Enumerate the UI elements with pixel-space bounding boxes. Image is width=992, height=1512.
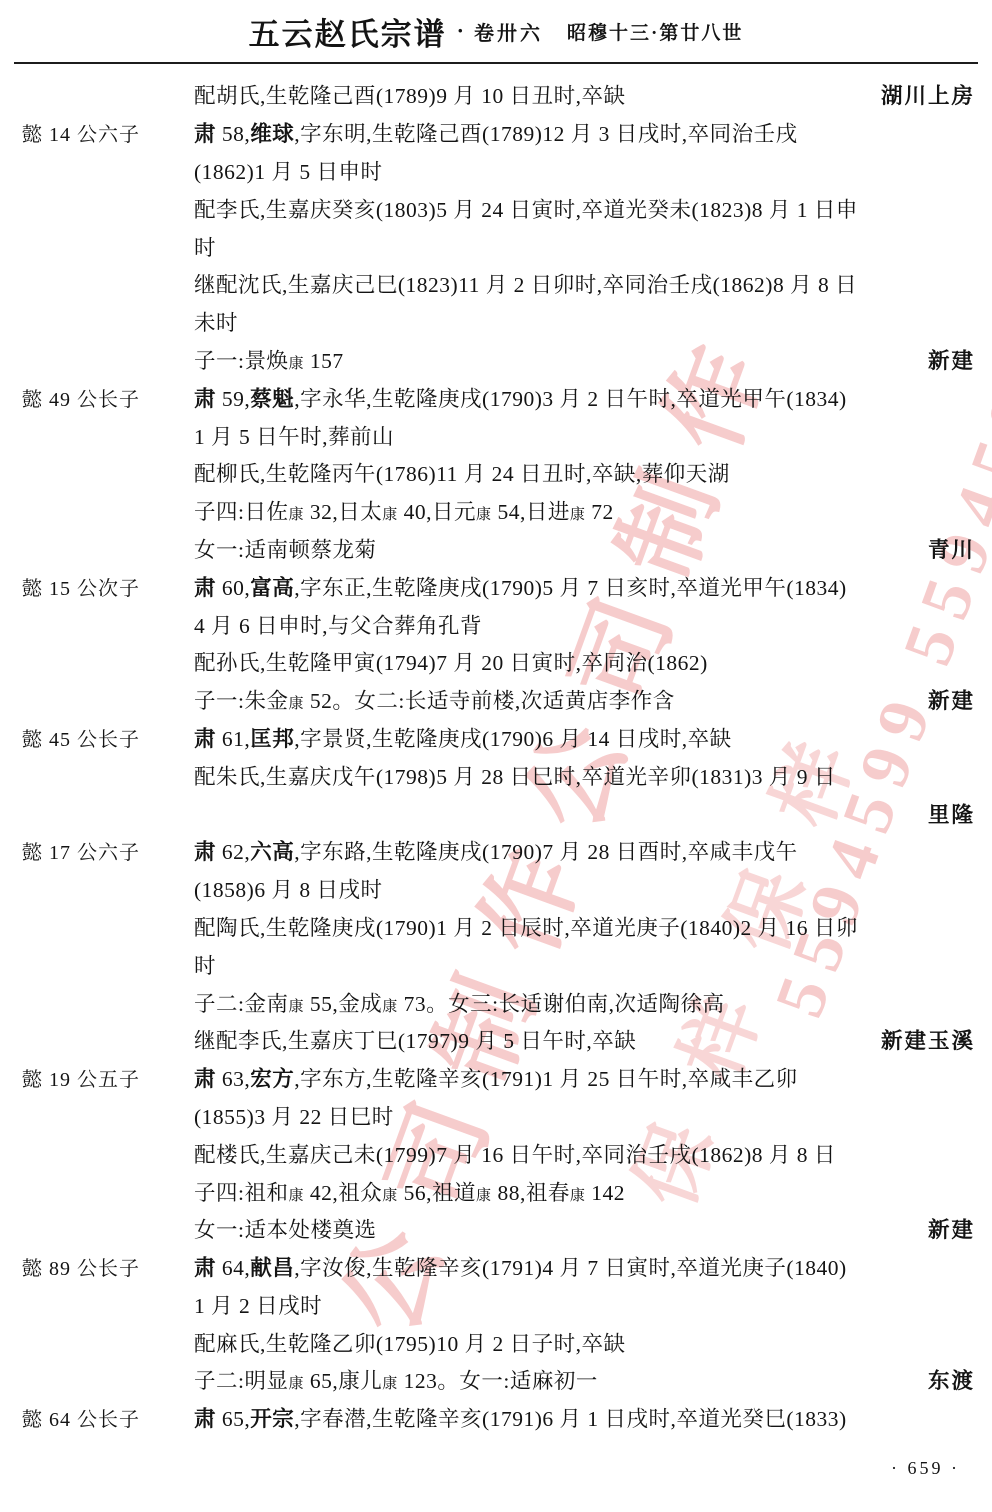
entry-text: 肃 65,开宗,字春潜,生乾隆辛亥(1791)6 月 1 日戌时,卒道光癸巳(1… bbox=[194, 1402, 847, 1433]
entry-text: 时 bbox=[194, 949, 216, 980]
entry-text: 肃 62,六高,字东路,生乾隆庚戌(1790)7 月 28 日酉时,卒咸丰戊午 bbox=[194, 835, 798, 866]
place-annotation: 东渡 bbox=[928, 1364, 992, 1395]
entry-line: 懿 19 公五子肃 63,宏方,字东方,生乾隆辛亥(1791)1 月 25 日午… bbox=[0, 1059, 992, 1097]
entry-line: 子二:明显康 65,康儿康 123。女一:适麻初一东渡 bbox=[0, 1361, 992, 1399]
entry-text: 子二:明显康 65,康儿康 123。女一:适麻初一 bbox=[194, 1364, 598, 1395]
entry-text: 继配沈氏,生嘉庆己巳(1823)11 月 2 日卯时,卒同治壬戌(1862)8 … bbox=[194, 268, 857, 299]
page-header: 五云赵氏宗谱 · 卷卅六 昭穆十三·第廿八世 bbox=[14, 0, 978, 64]
entry-text: 子四:祖和康 42,祖众康 56,祖道康 88,祖春康 142 bbox=[194, 1176, 625, 1207]
entry-line: 继配沈氏,生嘉庆己巳(1823)11 月 2 日卯时,卒同治壬戌(1862)8 … bbox=[0, 265, 992, 303]
entry-line: 时 bbox=[0, 227, 992, 265]
place-annotation: 新建 bbox=[928, 344, 992, 375]
entry-line: 1 月 2 日戌时 bbox=[0, 1286, 992, 1324]
entry-line: 4 月 6 日申时,与父合葬角孔背 bbox=[0, 605, 992, 643]
entry-line: 女一:适本处楼奠选新建 bbox=[0, 1210, 992, 1248]
entry-text: 女一:适本处楼奠选 bbox=[194, 1213, 376, 1244]
generation-label: 懿 17 公六子 bbox=[0, 836, 194, 865]
entry-line: 懿 64 公长子肃 65,开宗,字春潜,生乾隆辛亥(1791)6 月 1 日戌时… bbox=[0, 1399, 992, 1437]
entry-text: 肃 64,献昌,字汝俊,生乾隆辛亥(1791)4 月 7 日寅时,卒道光庚子(1… bbox=[194, 1251, 847, 1282]
entry-text: 配胡氏,生乾隆己酉(1789)9 月 10 日丑时,卒缺 bbox=[194, 79, 625, 110]
entry-line: 未时 bbox=[0, 303, 992, 341]
page-title: 五云赵氏宗谱 bbox=[249, 9, 447, 54]
entry-line: 继配李氏,生嘉庆丁巳(1797)9 月 5 日午时,卒缺新建玉溪 bbox=[0, 1021, 992, 1059]
entry-text: (1855)3 月 22 日巳时 bbox=[194, 1100, 394, 1131]
entry-line: 子四:祖和康 42,祖众康 56,祖道康 88,祖春康 142 bbox=[0, 1172, 992, 1210]
entry-text: 肃 63,宏方,字东方,生乾隆辛亥(1791)1 月 25 日午时,卒咸丰乙卯 bbox=[194, 1062, 798, 1093]
entry-line: 懿 49 公长子肃 59,蔡魁,字永华,生乾隆庚戌(1790)3 月 2 日午时… bbox=[0, 378, 992, 416]
entry-text: 肃 59,蔡魁,字永华,生乾隆庚戌(1790)3 月 2 日午时,卒道光甲午(1… bbox=[194, 382, 847, 413]
entry-line: 女一:适南顿蔡龙菊青川 bbox=[0, 530, 992, 568]
entry-line: 1 月 5 日午时,葬前山 bbox=[0, 416, 992, 454]
entry-line: 时 bbox=[0, 945, 992, 983]
entry-text: 子一:景焕康 157 bbox=[194, 344, 344, 375]
entry-line: 懿 17 公六子肃 62,六高,字东路,生乾隆庚戌(1790)7 月 28 日酉… bbox=[0, 832, 992, 870]
entry-line: 子一:景焕康 157新建 bbox=[0, 341, 992, 379]
generation-label: 懿 15 公次子 bbox=[0, 572, 194, 601]
entry-line: 配陶氏,生乾隆庚戌(1790)1 月 2 日辰时,卒道光庚子(1840)2 月 … bbox=[0, 908, 992, 946]
entry-text: 未时 bbox=[194, 306, 238, 337]
entry-line: 子二:金南康 55,金成康 73。女三:长适谢伯南,次适陶徐高 bbox=[0, 983, 992, 1021]
entry-line: (1862)1 月 5 日申时 bbox=[0, 152, 992, 190]
entry-text: 配楼氏,生嘉庆己未(1799)7 月 16 日午时,卒同治壬戌(1862)8 月… bbox=[194, 1138, 836, 1169]
entry-line: 子四:日佐康 32,日太康 40,日元康 54,日进康 72 bbox=[0, 492, 992, 530]
entry-text: 子一:朱金康 52。女二:长适寺前楼,次适黄店李作含 bbox=[194, 684, 675, 715]
entry-line: 懿 45 公长子肃 61,匡邦,字景贤,生乾隆庚戌(1790)6 月 14 日戌… bbox=[0, 719, 992, 757]
entry-line: 配柳氏,生乾隆丙午(1786)11 月 24 日丑时,卒缺,葬仰天湖 bbox=[0, 454, 992, 492]
entry-text: 配陶氏,生乾隆庚戌(1790)1 月 2 日辰时,卒道光庚子(1840)2 月 … bbox=[194, 911, 858, 942]
entry-rows: 配胡氏,生乾隆己酉(1789)9 月 10 日丑时,卒缺湖川上房懿 14 公六子… bbox=[0, 76, 992, 1437]
volume-label: 卷卅六 bbox=[474, 17, 543, 46]
entry-text: (1858)6 月 8 日戌时 bbox=[194, 873, 382, 904]
entry-line: 配朱氏,生嘉庆戊午(1798)5 月 28 日巳时,卒道光辛卯(1831)3 月… bbox=[0, 756, 992, 794]
entry-text: 子二:金南康 55,金成康 73。女三:长适谢伯南,次适陶徐高 bbox=[194, 987, 725, 1018]
entry-line: 配孙氏,生乾隆甲寅(1794)7 月 20 日寅时,卒同治(1862) bbox=[0, 643, 992, 681]
entry-line: (1855)3 月 22 日巳时 bbox=[0, 1097, 992, 1135]
entry-line: 配李氏,生嘉庆癸亥(1803)5 月 24 日寅时,卒道光癸未(1823)8 月… bbox=[0, 189, 992, 227]
entry-text: (1862)1 月 5 日申时 bbox=[194, 155, 382, 186]
entry-text: 配麻氏,生乾隆乙卯(1795)10 月 2 日子时,卒缺 bbox=[194, 1327, 625, 1358]
entry-text: 配柳氏,生乾隆丙午(1786)11 月 24 日丑时,卒缺,葬仰天湖 bbox=[194, 457, 730, 488]
generation-label: 懿 19 公五子 bbox=[0, 1063, 194, 1092]
entry-text: 女一:适南顿蔡龙菊 bbox=[194, 533, 376, 564]
entry-text: 配孙氏,生乾隆甲寅(1794)7 月 20 日寅时,卒同治(1862) bbox=[194, 646, 708, 677]
generation-label: 懿 64 公长子 bbox=[0, 1403, 194, 1432]
entry-text: 4 月 6 日申时,与父合葬角孔背 bbox=[194, 609, 482, 640]
entry-line: 配楼氏,生嘉庆己未(1799)7 月 16 日午时,卒同治壬戌(1862)8 月… bbox=[0, 1134, 992, 1172]
entry-line: 懿 14 公六子肃 58,维球,字东明,生乾隆己酉(1789)12 月 3 日戌… bbox=[0, 114, 992, 152]
entry-text: 时 bbox=[194, 231, 216, 262]
entry-line: 懿 15 公次子肃 60,富高,字东正,生乾隆庚戌(1790)5 月 7 日亥时… bbox=[0, 567, 992, 605]
entry-text: 配朱氏,生嘉庆戊午(1798)5 月 28 日巳时,卒道光辛卯(1831)3 月… bbox=[194, 760, 836, 791]
entry-text: 肃 61,匡邦,字景贤,生乾隆庚戌(1790)6 月 14 日戌时,卒缺 bbox=[194, 722, 732, 753]
entry-line: 子一:朱金康 52。女二:长适寺前楼,次适黄店李作含新建 bbox=[0, 681, 992, 719]
entry-text: 肃 60,富高,字东正,生乾隆庚戌(1790)5 月 7 日亥时,卒道光甲午(1… bbox=[194, 571, 847, 602]
entry-text: 继配李氏,生嘉庆丁巳(1797)9 月 5 日午时,卒缺 bbox=[194, 1024, 636, 1055]
place-annotation: 里隆 bbox=[928, 798, 992, 829]
generation-label: 懿 89 公长子 bbox=[0, 1252, 194, 1281]
entry-line: 配胡氏,生乾隆己酉(1789)9 月 10 日丑时,卒缺湖川上房 bbox=[0, 76, 992, 114]
entry-text: 肃 58,维球,字东明,生乾隆己酉(1789)12 月 3 日戌时,卒同治壬戌 bbox=[194, 117, 798, 148]
place-annotation: 新建 bbox=[928, 1213, 992, 1244]
generation-label: 懿 14 公六子 bbox=[0, 118, 194, 147]
place-annotation: 青川 bbox=[928, 533, 992, 564]
entry-text: 配李氏,生嘉庆癸亥(1803)5 月 24 日寅时,卒道光癸未(1823)8 月… bbox=[194, 193, 858, 224]
entry-line: 配麻氏,生乾隆乙卯(1795)10 月 2 日子时,卒缺 bbox=[0, 1323, 992, 1361]
entry-text: 1 月 2 日戌时 bbox=[194, 1289, 322, 1320]
place-annotation: 新建 bbox=[928, 684, 992, 715]
generation-label: 懿 45 公长子 bbox=[0, 723, 194, 752]
page-number: · 659 · bbox=[891, 1458, 960, 1479]
generation-label: 懿 49 公长子 bbox=[0, 383, 194, 412]
generation-subtitle: 昭穆十三·第廿八世 bbox=[567, 18, 743, 45]
entry-line: (1858)6 月 8 日戌时 bbox=[0, 870, 992, 908]
entry-line: 懿 89 公长子肃 64,献昌,字汝俊,生乾隆辛亥(1791)4 月 7 日寅时… bbox=[0, 1248, 992, 1286]
entry-line: 里隆 bbox=[0, 794, 992, 832]
place-annotation: 湖川上房 bbox=[881, 79, 992, 110]
entry-text: 子四:日佐康 32,日太康 40,日元康 54,日进康 72 bbox=[194, 495, 614, 526]
place-annotation: 新建玉溪 bbox=[881, 1024, 992, 1055]
genealogy-page: 公司制作公司制作 5594599 5594599 保样保样 五云赵氏宗谱 · 卷… bbox=[0, 0, 992, 1512]
entry-text: 1 月 5 日午时,葬前山 bbox=[194, 420, 394, 451]
title-separator-dot: · bbox=[457, 18, 464, 44]
